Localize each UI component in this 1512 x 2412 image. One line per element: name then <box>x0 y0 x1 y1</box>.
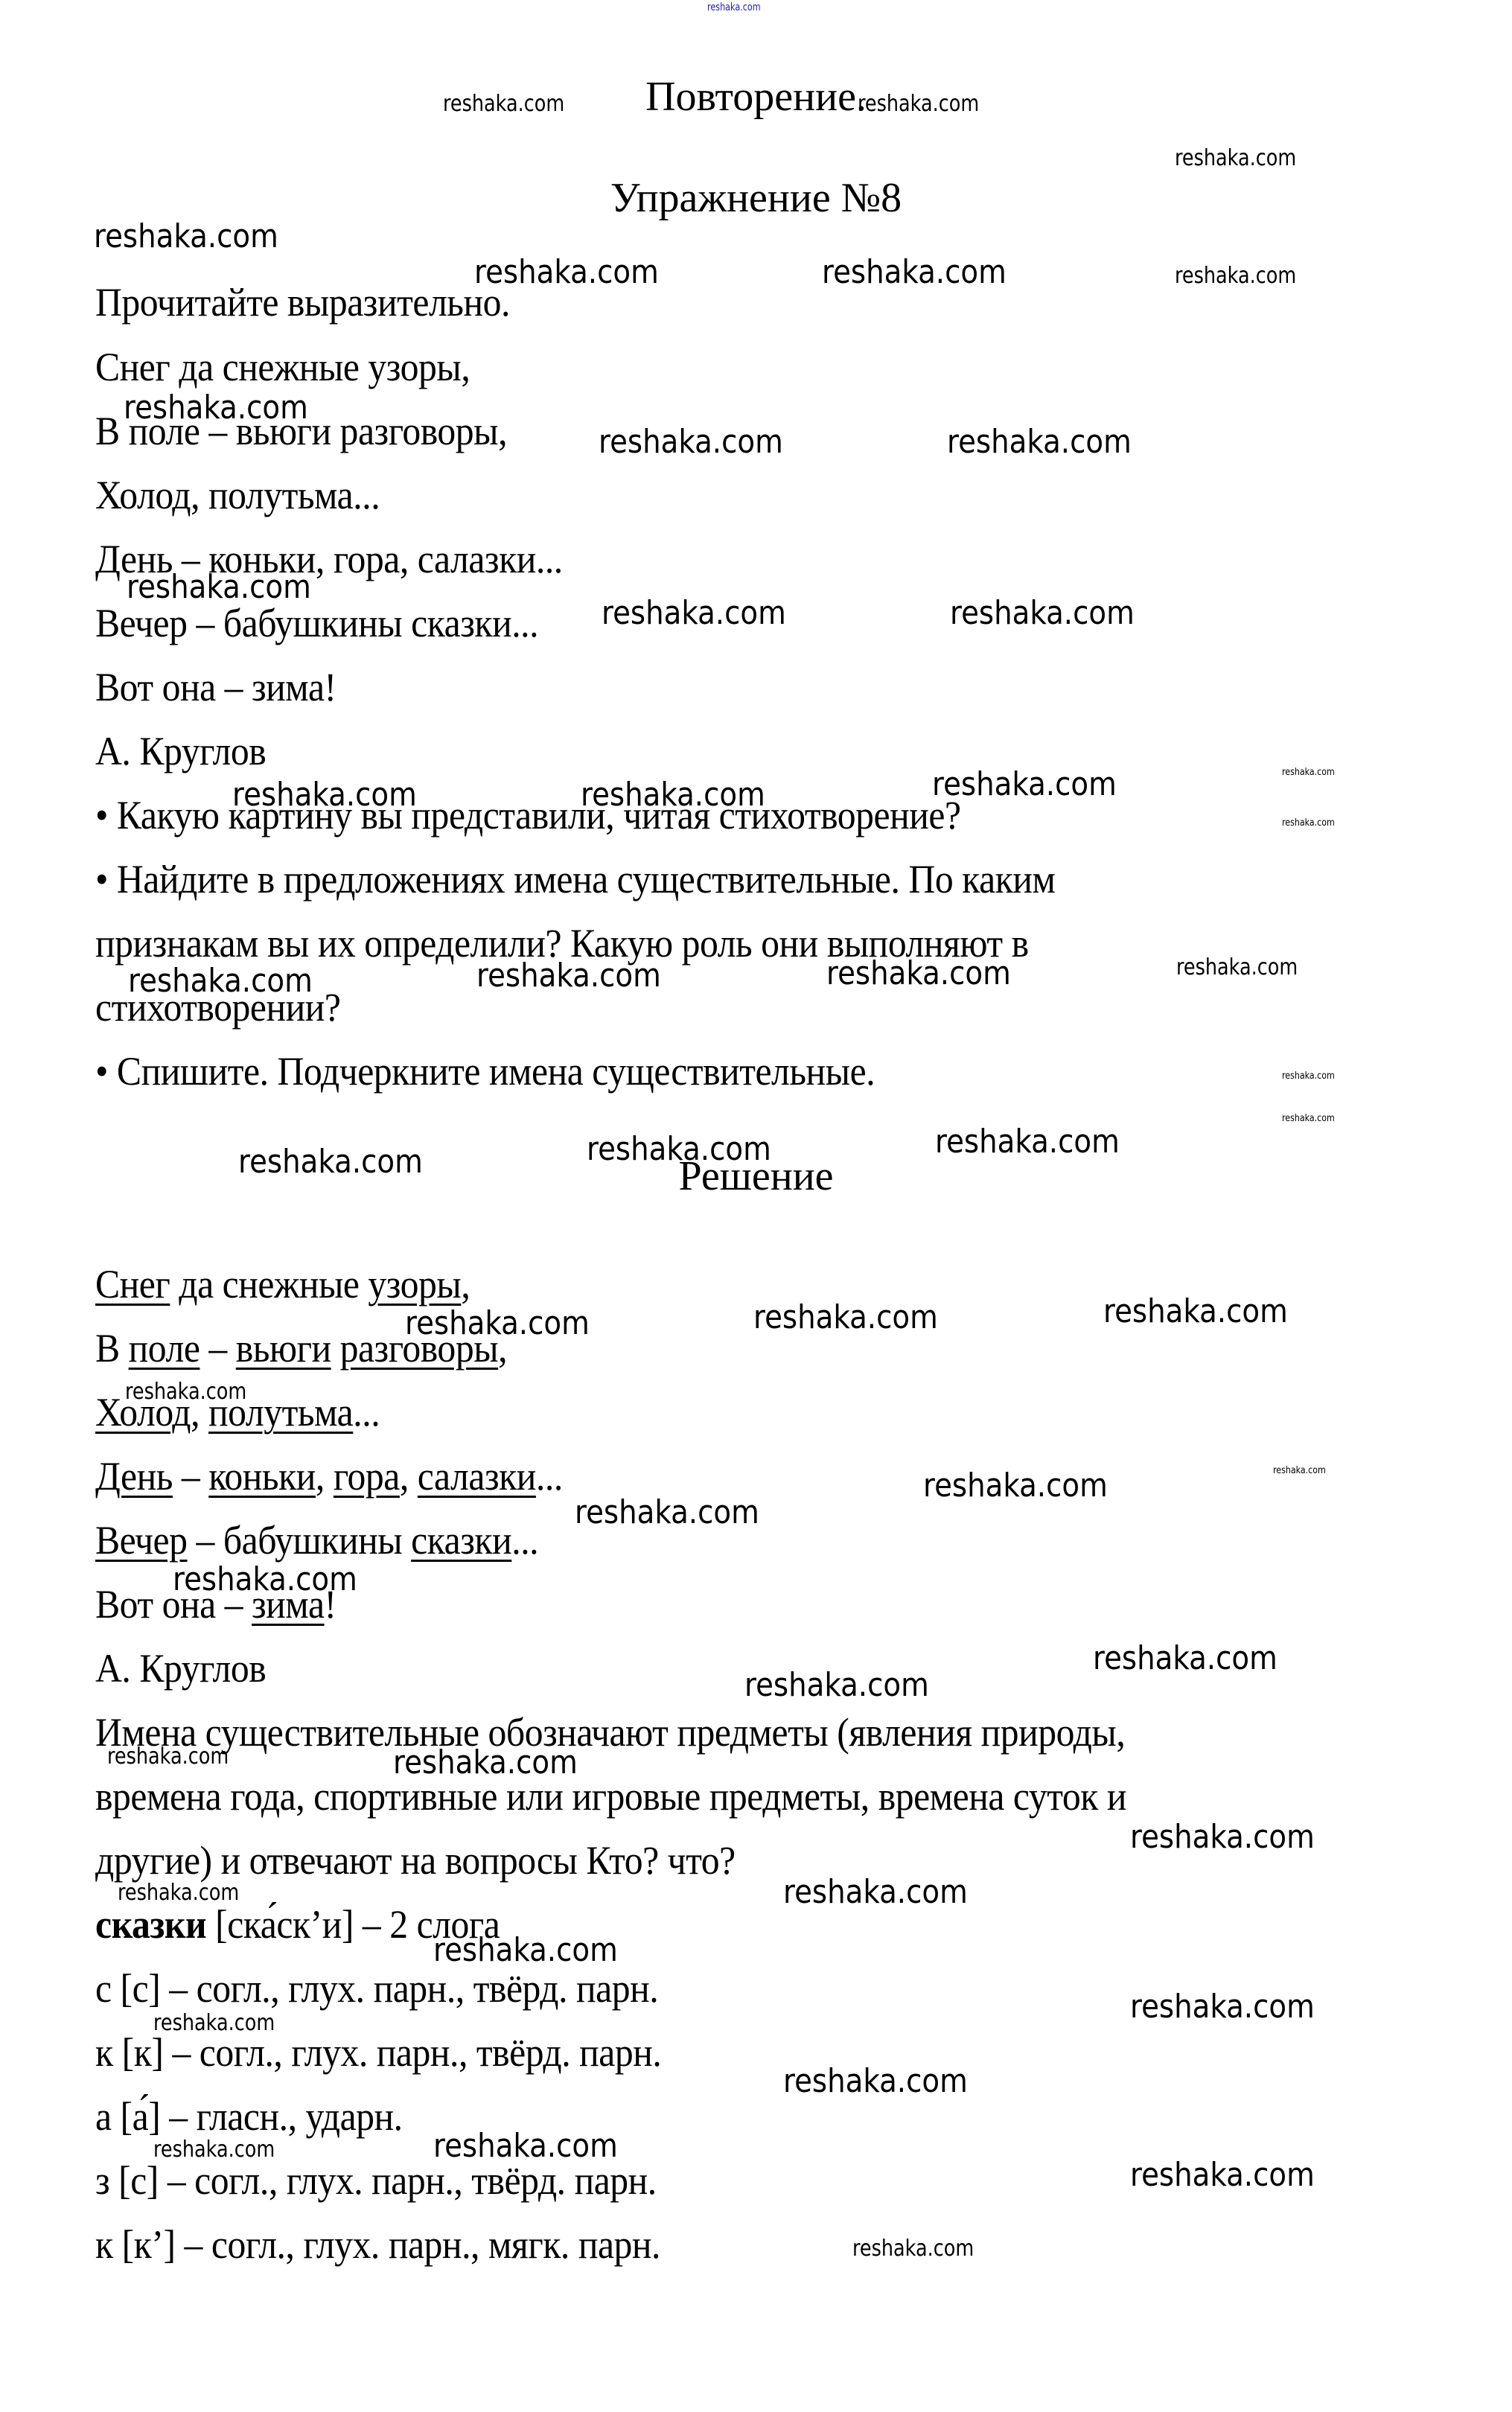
watermark: reshaka.com <box>1282 1071 1335 1082</box>
underlined-noun: салазки <box>418 1454 536 1499</box>
watermark: reshaka.com <box>575 1493 759 1531</box>
phonetic-row: к [к] – согл., глух. парн., твёрд. парн. <box>95 2029 661 2076</box>
text-segment: , <box>316 1454 334 1499</box>
phonetic-word: сказки <box>95 1902 206 1947</box>
phonetic-row: а [а́] – гласн., ударн. <box>95 2093 403 2140</box>
watermark: reshaka.com <box>783 2062 968 2100</box>
watermark: reshaka.com <box>1130 1988 1315 2026</box>
watermark: reshaka.com <box>107 1743 229 1770</box>
watermark: reshaka.com <box>581 776 765 814</box>
explanation-line: другие) и отвечают на вопросы Кто? что? <box>95 1837 736 1883</box>
watermark: reshaka.com <box>232 776 417 814</box>
watermark: reshaka.com <box>950 594 1135 632</box>
text-segment <box>331 1326 340 1371</box>
watermark: reshaka.com <box>599 423 783 461</box>
watermark: reshaka.com <box>858 91 979 117</box>
section-title: Повторение. <box>0 73 1512 121</box>
watermark: reshaka.com <box>1175 145 1296 171</box>
watermark: reshaka.com <box>935 1123 1120 1161</box>
watermark: reshaka.com <box>1273 1465 1326 1476</box>
text-segment: ... <box>511 1518 538 1563</box>
watermark: reshaka.com <box>433 1931 618 1969</box>
watermark: reshaka.com <box>128 962 313 1000</box>
watermark: reshaka.com <box>783 1873 968 1911</box>
watermark: reshaka.com <box>1175 263 1296 289</box>
watermark: reshaka.com <box>393 1743 578 1781</box>
underlined-noun: коньки <box>208 1454 316 1499</box>
watermark: reshaka.com <box>1282 817 1335 829</box>
watermark: reshaka.com <box>826 954 1011 992</box>
watermark: reshaka.com <box>443 91 564 117</box>
text-segment: да снежные <box>170 1262 368 1306</box>
underlined-noun: узоры <box>368 1262 461 1306</box>
watermark: reshaka.com <box>125 1379 246 1405</box>
poem-line: Снег да снежные узоры, <box>95 344 470 390</box>
watermark: reshaka.com <box>932 765 1117 803</box>
underlined-noun: Вечер <box>95 1518 188 1563</box>
text-segment: ... <box>353 1390 380 1435</box>
watermark: reshaka.com <box>1093 1639 1277 1677</box>
explanation-line: Имена существительные обозначают предмет… <box>95 1709 1125 1755</box>
underlined-noun: вьюги <box>236 1326 331 1371</box>
question-line: • Найдите в предложениях имена существит… <box>95 856 1056 902</box>
watermark: reshaka.com <box>744 1666 929 1704</box>
poem-line: Вечер – бабушкины сказки... <box>95 600 538 646</box>
document-page: reshaka.com Повторение. Упражнение №8 Пр… <box>0 0 1512 2412</box>
solution-poem-line: Вечер – бабушкины сказки... <box>95 1517 538 1563</box>
solution-poem-line: Снег да снежные узоры, <box>95 1261 470 1307</box>
text-segment: В <box>95 1326 129 1371</box>
watermark: reshaka.com <box>433 2127 618 2165</box>
watermark: reshaka.com <box>173 1560 357 1598</box>
watermark: reshaka.com <box>1282 1113 1335 1124</box>
watermark: reshaka.com <box>753 1298 938 1336</box>
watermark: reshaka.com <box>405 1304 590 1342</box>
poem-author: А. Круглов <box>95 728 266 774</box>
watermark: reshaka.com <box>923 1467 1108 1505</box>
text-segment: , <box>400 1454 418 1499</box>
text-segment: ... <box>536 1454 563 1499</box>
text-segment: – <box>173 1454 208 1499</box>
watermark: reshaka.com <box>1103 1292 1288 1330</box>
text-segment: , <box>461 1262 470 1306</box>
watermark: reshaka.com <box>852 2236 974 2262</box>
question-line: • Спишите. Подчеркните имена существител… <box>95 1048 875 1094</box>
watermark: reshaka.com <box>1282 767 1335 778</box>
underlined-noun: сказки <box>411 1518 511 1563</box>
underlined-noun: День <box>95 1454 173 1499</box>
underlined-noun: поле <box>129 1326 200 1371</box>
watermark: reshaka.com <box>127 568 311 606</box>
poem-line: Вот она – зима! <box>95 664 336 710</box>
underlined-noun: гора <box>334 1454 400 1499</box>
exercise-title: Упражнение №8 <box>0 174 1512 222</box>
solution-poem-line: День – коньки, гора, салазки... <box>95 1453 563 1499</box>
poem-line: Холод, полутьма... <box>95 472 380 518</box>
explanation-line: времена года, спортивные или игровые пре… <box>95 1773 1126 1819</box>
solution-author: А. Круглов <box>95 1645 266 1691</box>
watermark: reshaka.com <box>153 2010 275 2036</box>
text-segment: – бабушкины <box>188 1518 412 1563</box>
question-line: • Какую картину вы представили, читая ст… <box>95 792 961 838</box>
watermark: reshaka.com <box>947 423 1132 461</box>
watermark: reshaka.com <box>94 217 278 255</box>
watermark: reshaka.com <box>124 389 308 427</box>
watermark: reshaka.com <box>822 253 1007 291</box>
underlined-noun: Снег <box>95 1262 170 1306</box>
watermark: reshaka.com <box>1130 1818 1315 1856</box>
watermark: reshaka.com <box>1176 954 1298 980</box>
phonetic-row: к [к’] – согл., глух. парн., мягк. парн. <box>95 2221 660 2268</box>
text-segment: – <box>200 1326 235 1371</box>
site-link[interactable]: reshaka.com <box>707 1 761 13</box>
watermark: reshaka.com <box>1130 2156 1315 2194</box>
watermark: reshaka.com <box>602 594 786 632</box>
watermark: reshaka.com <box>474 253 659 291</box>
watermark: reshaka.com <box>587 1130 771 1168</box>
task-instruction: Прочитайте выразительно. <box>95 279 510 325</box>
watermark: reshaka.com <box>118 1880 239 1906</box>
watermark: reshaka.com <box>153 2137 275 2163</box>
phonetic-row: с [с] – согл., глух. парн., твёрд. парн. <box>95 1965 658 2011</box>
watermark: reshaka.com <box>238 1143 423 1181</box>
watermark: reshaka.com <box>476 957 661 995</box>
